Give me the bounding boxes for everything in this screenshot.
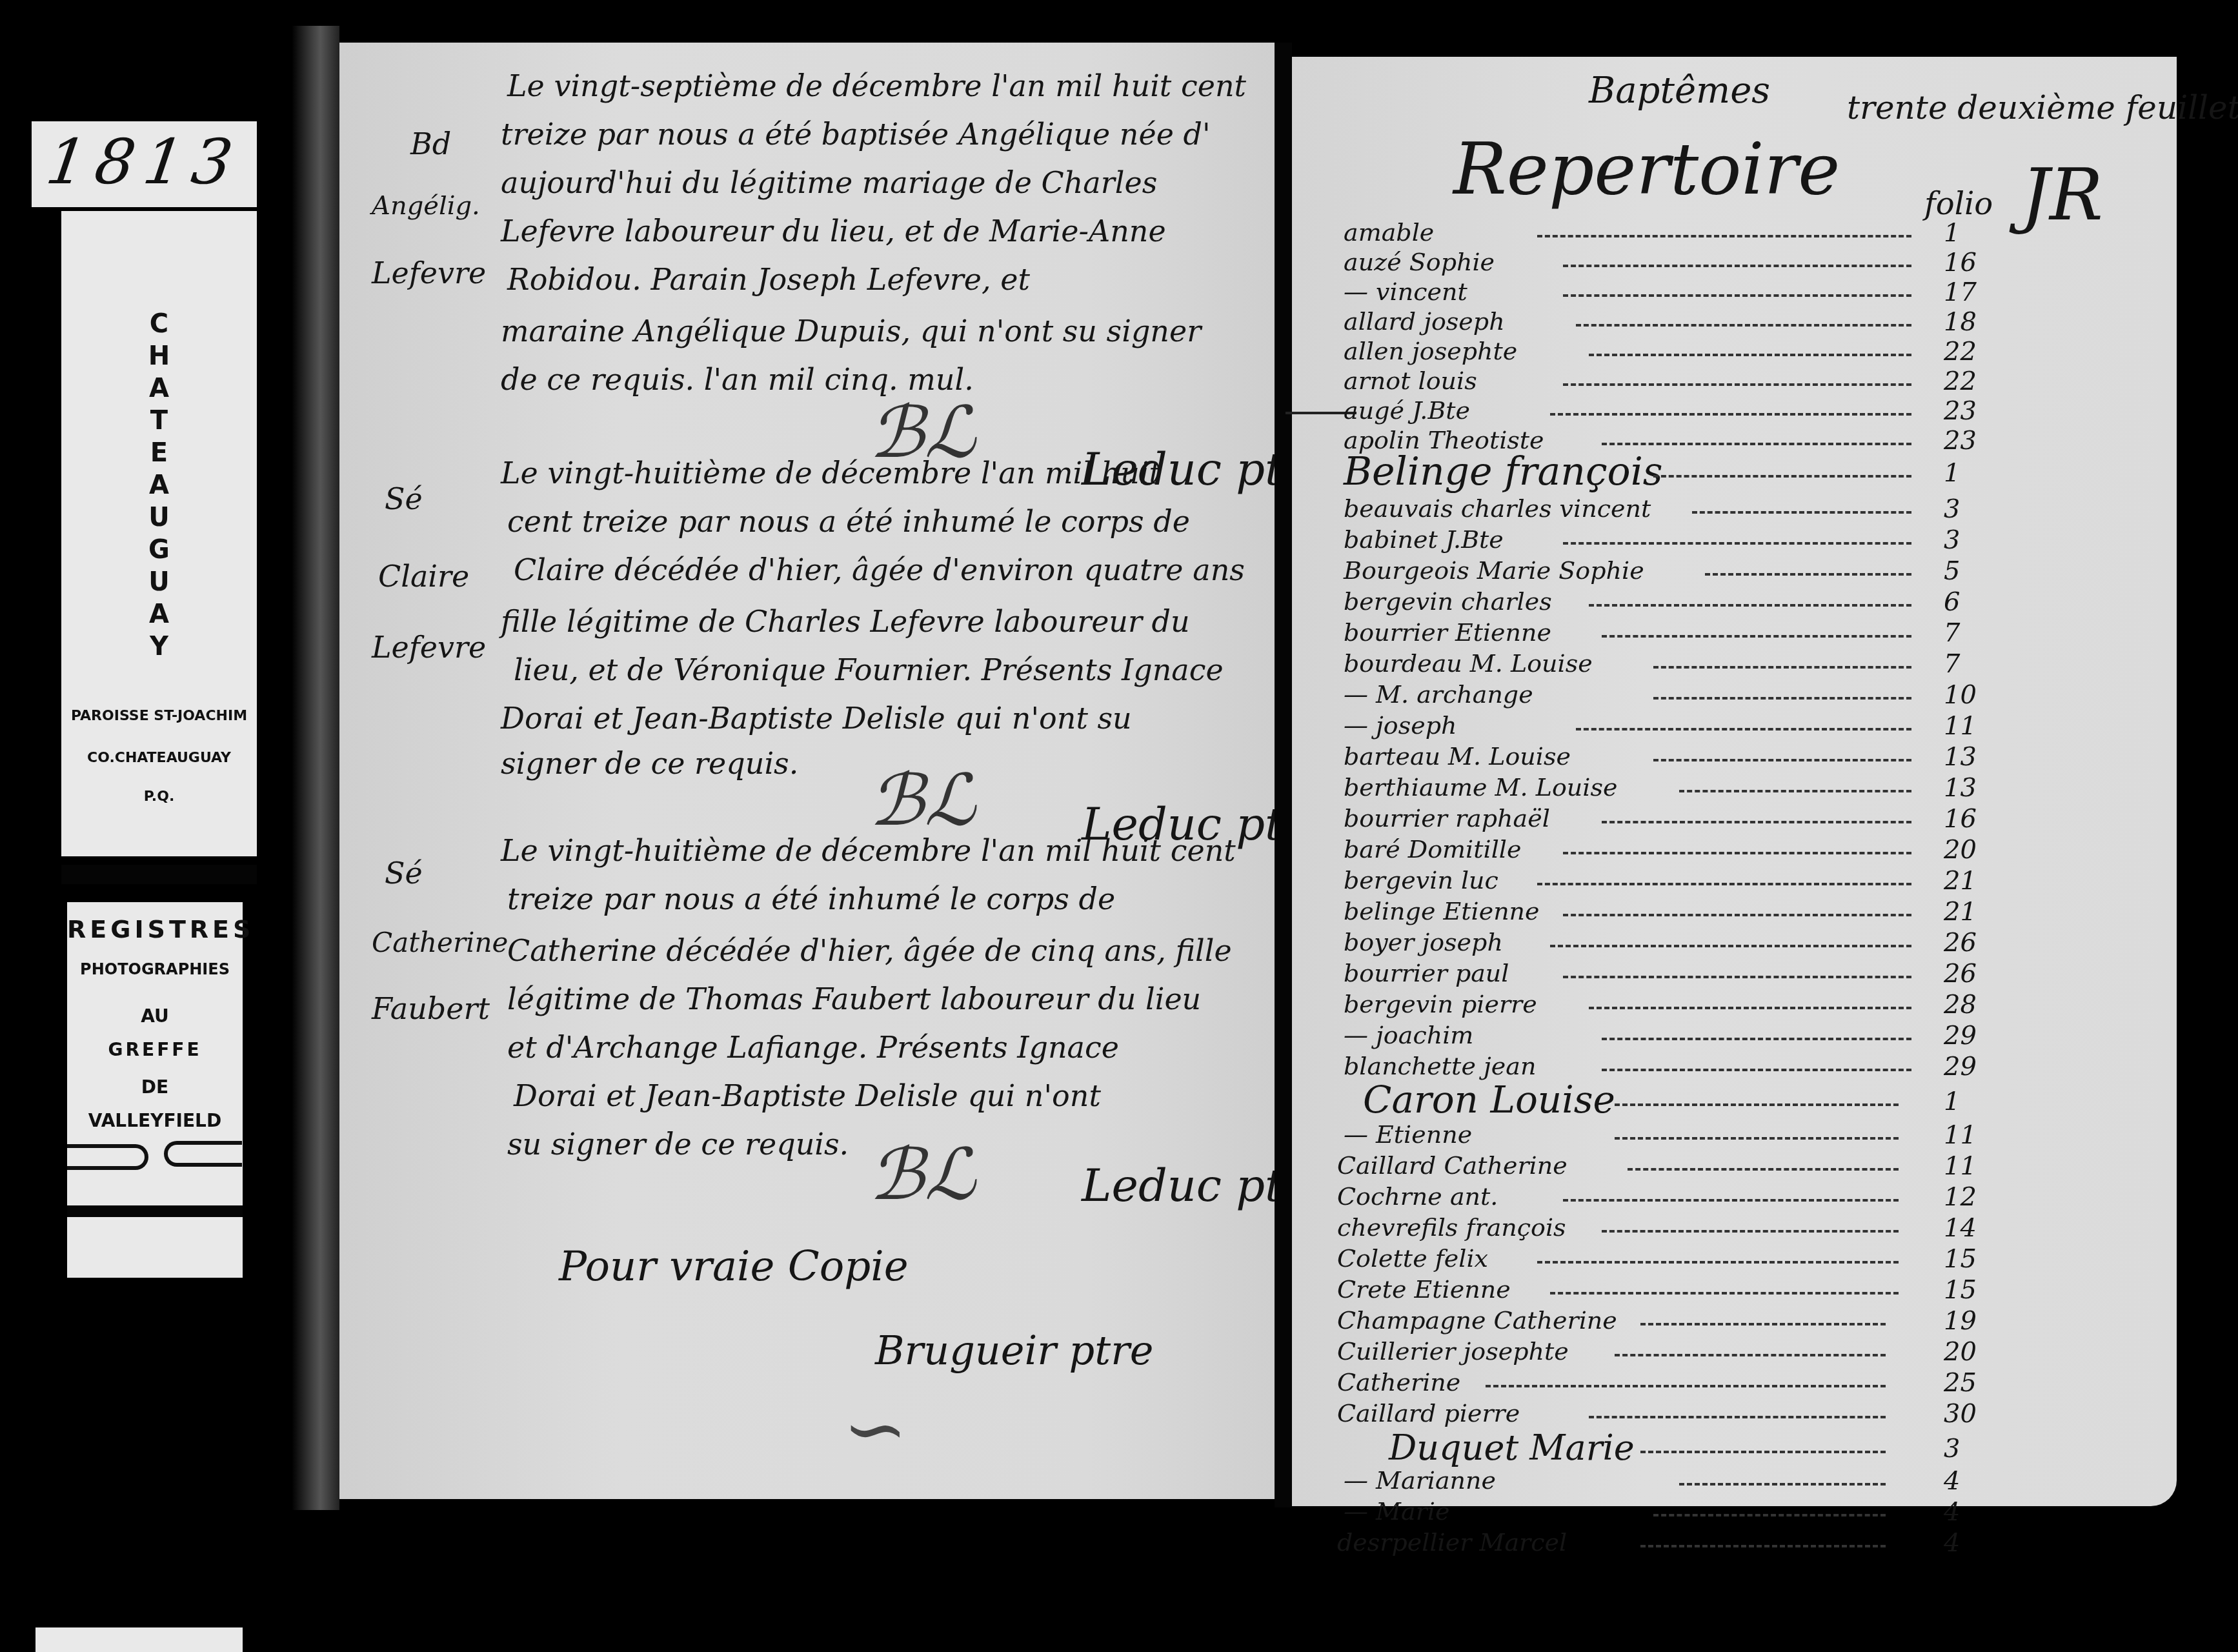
index-name: bergevin charles [1344,587,1552,616]
index-folio: 6 [1944,587,1960,617]
index-row: — Etienne11 [1292,1120,2177,1151]
index-row: bergevin pierre28 [1292,990,2177,1021]
index-folio: 3 [1944,1434,1960,1464]
certifier-signature: Brugueir ptre [875,1327,1154,1374]
leader-dashes [1589,604,1911,607]
entry-line: aujourd'hui du légitime mariage de Charl… [501,165,1157,200]
margin-note: Lefevre [372,630,486,665]
index-folio: 25 [1944,1368,1977,1398]
leader-dashes [1602,1069,1911,1071]
parish-strip: C H A T E A U G U A Y PAROISSE ST-JOACHI… [61,211,257,856]
index-folio: 20 [1944,835,1977,865]
margin-note: Bd [410,126,451,161]
folio-column-header: folio [1924,186,1993,222]
index-folio: 23 [1944,396,1977,426]
year-label: 1813 [42,126,246,198]
index-name: — joseph [1344,711,1457,740]
index-row: — M. archange10 [1292,680,2177,711]
index-folio: 15 [1944,1244,1977,1274]
strip-divider [61,865,257,884]
index-name: bourrier paul [1344,959,1509,987]
index-folio: 4 [1944,1466,1960,1496]
leader-dashes [1486,1385,1886,1387]
index-row: barteau M. Louise13 [1292,742,2177,773]
leader-dashes [1602,443,1911,445]
folio-note: trente deuxième feuillet [1847,89,2238,126]
leader-dashes [1550,413,1911,416]
parish-letter: T [150,405,168,437]
margin-note: Claire [378,559,469,594]
index-name: bergevin luc [1344,866,1498,894]
section-heading: Baptêmes [1589,70,1770,112]
leader-dashes [1653,1514,1886,1516]
entry-line: treize par nous a été inhumé le corps de [507,881,1115,916]
index-folio: 15 [1944,1275,1977,1305]
index-name: belinge Etienne [1344,897,1540,925]
index-folio: 18 [1944,307,1977,337]
index-folio: 26 [1944,928,1977,958]
parish-letter: A [149,598,169,630]
index-folio: 16 [1944,804,1977,834]
book-edge [292,26,339,1510]
index-name: — Marianne [1344,1466,1496,1495]
index-folio: 26 [1944,959,1977,989]
certification-text: Pour vraie Copie [559,1243,909,1291]
index-row: beauvais charles vincent3 [1292,494,2177,525]
registry-line: VALLEYFIELD [67,1110,243,1131]
parish-letter: H [148,340,170,372]
leader-dashes [1653,759,1911,761]
index-folio: 21 [1944,897,1977,927]
registry-line: GREFFE [67,1039,243,1060]
margin-note: Angélig. [372,191,480,221]
entry-line: Robidou. Parain Joseph Lefevre, et [507,262,1030,297]
index-name: barteau M. Louise [1344,742,1571,771]
index-name: Cuillerier josephte [1337,1337,1569,1365]
index-folio: 22 [1944,367,1977,396]
index-row: belinge Etienne21 [1292,897,2177,928]
leader-dashes [1563,265,1911,267]
index-folio: 7 [1944,618,1960,648]
entry-line: lieu, et de Véronique Fournier. Présents… [514,652,1224,687]
leader-dashes [1550,945,1911,947]
parish-letter: U [148,501,169,534]
leader-dashes [1563,1199,1899,1202]
index-folio: 13 [1944,773,1977,803]
index-row: — Marie4 [1292,1497,2177,1528]
margin-note: Catherine [372,927,508,958]
index-row: Champagne Catherine19 [1292,1306,2177,1337]
index-row: berthiaume M. Louise13 [1292,773,2177,804]
index-row: arnot louis22 [1292,367,2177,398]
index-name: Catherine [1337,1368,1460,1396]
index-folio: 11 [1944,1151,1977,1181]
entry-line: maraine Angélique Dupuis, qui n'ont su s… [501,314,1201,348]
index-name: Caron Louise [1363,1078,1615,1122]
index-row: allard joseph18 [1292,307,2177,338]
leader-dashes [1563,852,1911,854]
index-name: bourrier raphaël [1344,804,1550,832]
leader-dashes [1576,728,1911,730]
leader-dashes [1537,883,1911,885]
index-name: amable [1344,218,1434,247]
entry-line: cent treize par nous a été inhumé le cor… [507,504,1190,539]
index-name: Belinge françois [1344,449,1663,494]
index-row: desrpellier Marcel4 [1292,1528,2177,1559]
index-row: Bourgeois Marie Sophie5 [1292,556,2177,587]
index-folio: 1 [1944,218,1960,248]
index-row: Caron Louise1 [1292,1087,2177,1118]
leader-dashes [1615,1137,1899,1140]
leader-dashes [1615,1354,1886,1356]
leader-dashes [1563,542,1911,545]
index-row: bourrier raphaël16 [1292,804,2177,835]
index-folio: 1 [1944,1087,1960,1116]
index-name: desrpellier Marcel [1337,1528,1567,1556]
index-folio: 4 [1944,1528,1960,1558]
index-row: — joachim29 [1292,1021,2177,1052]
margin-note: Sé [385,481,423,516]
index-row: Cuillerier josephte20 [1292,1337,2177,1368]
entry-line: Le vingt-huitième de décembre l'an mil h… [501,833,1236,868]
county-line: CO.CHATEAUGUAY [61,750,257,766]
leader-dashes [1602,635,1911,638]
registry-card: REGISTRES PHOTOGRAPHIES AU GREFFE DE VAL… [67,902,243,1278]
index-name: arnot louis [1344,367,1477,395]
index-name: Caillard pierre [1337,1399,1520,1427]
index-row: bourdeau M. Louise7 [1292,649,2177,680]
leader-dashes [1550,1292,1899,1294]
index-folio: 3 [1944,494,1960,524]
index-folio: 28 [1944,990,1977,1020]
entry-line: et d'Archange Lafiange. Présents Ignace [507,1030,1119,1065]
leader-dashes [1537,1261,1899,1264]
parish-letter: C [150,308,168,340]
index-row: Colette felix15 [1292,1244,2177,1275]
index-name: berthiaume M. Louise [1344,773,1617,801]
index-name: allard joseph [1344,307,1505,336]
index-name: bourrier Etienne [1344,618,1551,647]
parish-letter: A [149,372,169,405]
index-name: bourdeau M. Louise [1344,649,1593,678]
index-name: chevrefils françois [1337,1213,1566,1242]
leader-dashes [1563,914,1911,916]
index-name: — Etienne [1344,1120,1472,1149]
index-name: auzé Sophie [1344,248,1495,276]
leader-dashes [1705,573,1911,576]
index-row: babinet J.Bte3 [1292,525,2177,556]
leader-dashes [1563,976,1911,978]
index-name: boyer joseph [1344,928,1503,956]
index-row: boyer joseph26 [1292,928,2177,959]
index-name: Crete Etienne [1337,1275,1511,1304]
leader-dashes [1615,1103,1899,1106]
paperclip-icon [67,1144,148,1170]
index-row: Belinge françois1 [1292,458,2177,489]
leader-dashes [1576,324,1911,327]
registry-line: REGISTRES [67,915,243,943]
parish-letter: E [150,437,168,469]
province-line: P.Q. [61,789,257,805]
index-folio: 11 [1944,1120,1977,1150]
index-name: babinet J.Bte [1344,525,1504,554]
registry-line: AU [67,1005,243,1027]
index-folio: 29 [1944,1052,1977,1082]
index-name: allen josephte [1344,337,1517,365]
index-name: — M. archange [1344,680,1533,709]
index-row: bourrier paul26 [1292,959,2177,990]
index-row: Cochrne ant.12 [1292,1182,2177,1213]
index-folio: 7 [1944,649,1960,679]
entry-line: Dorai et Jean-Baptiste Delisle qui n'ont… [501,701,1132,736]
index-folio: 30 [1944,1399,1977,1429]
index-row: Catherine25 [1292,1368,2177,1399]
index-row: chevrefils françois14 [1292,1213,2177,1244]
entry-line: treize par nous a été baptisée Angélique… [501,117,1211,152]
index-folio: 22 [1944,337,1977,367]
index-name: — vincent [1344,277,1467,306]
index-folio: 19 [1944,1306,1977,1336]
index-name: bergevin pierre [1344,990,1537,1018]
index-row: bergevin luc21 [1292,866,2177,897]
leader-dashes [1640,1451,1886,1453]
index-row: allen josephte22 [1292,337,2177,368]
parish-letter: U [148,566,169,598]
leader-dashes [1602,1230,1899,1233]
signature-flourish: ℬℒ [869,1133,976,1216]
index-folio: 1 [1944,458,1960,488]
index-row: Caillard Catherine11 [1292,1151,2177,1182]
index-folio: 13 [1944,742,1977,772]
leader-dashes [1563,383,1911,386]
entry-line: Claire décédée d'hier, âgée d'environ qu… [514,552,1245,587]
index-folio: 14 [1944,1213,1977,1243]
index-folio: 4 [1944,1497,1960,1527]
parish-name-vertical: C H A T E A U G U A Y [61,308,257,663]
index-row: amable1 [1292,218,2177,249]
index-name: blanchette jean [1344,1052,1536,1080]
registry-line: DE [67,1076,243,1098]
leader-dashes [1679,790,1911,792]
margin-note: Lefevre [372,256,486,290]
leader-dashes [1602,821,1911,823]
index-row: bergevin charles6 [1292,587,2177,618]
index-name: beauvais charles vincent [1344,494,1651,523]
leader-dashes [1537,235,1911,237]
index-folio: 29 [1944,1021,1977,1051]
index-folio: 5 [1944,556,1960,586]
index-name: augé J.Bte [1344,396,1470,425]
index-folio: 21 [1944,866,1977,896]
index-folio: 16 [1944,248,1977,277]
index-folio: 12 [1944,1182,1977,1212]
signature-flourish: ∽ [843,1385,908,1475]
leader-dashes [1589,354,1911,356]
parish-line: PAROISSE ST-JOACHIM [61,708,257,724]
index-name: — joachim [1344,1021,1473,1049]
index-row: — joseph11 [1292,711,2177,742]
entry-line: signer de ce requis. [501,746,798,781]
index-name: Cochrne ant. [1337,1182,1498,1211]
index-name: Champagne Catherine [1337,1306,1617,1335]
entry-line: Catherine décédée d'hier, âgée de cinq a… [507,933,1232,968]
parish-letter: G [148,534,170,566]
registry-line: PHOTOGRAPHIES [67,960,243,978]
index-folio: 10 [1944,680,1977,710]
page-title: Repertoire [1453,128,1840,210]
index-name: Duquet Marie [1389,1427,1635,1468]
leader-dashes [1563,294,1911,297]
leader-dashes [1602,1038,1911,1040]
index-row: augé J.Bte23 [1292,396,2177,427]
index-name: baré Domitille [1344,835,1521,863]
index-row: — vincent17 [1292,277,2177,308]
index-row: Crete Etienne15 [1292,1275,2177,1306]
year-label-card: 1813 [32,121,257,207]
entry-line: fille légitime de Charles Lefevre labour… [501,604,1190,639]
index-list: amable1 auzé Sophie16 — vincent17 allard… [1292,218,2177,1502]
card-band [67,1205,243,1217]
index-folio: 23 [1944,426,1977,456]
entry-line: Dorai et Jean-Baptiste Delisle qui n'ont [514,1078,1101,1113]
leader-dashes [1653,475,1911,478]
index-row: baré Domitille20 [1292,835,2177,866]
right-page: Baptêmes trente deuxième feuillet Repert… [1292,57,2177,1506]
entry-line: su signer de ce requis. [507,1127,849,1162]
index-row: — Marianne4 [1292,1466,2177,1497]
leader-dashes [1628,1168,1899,1171]
entry-line: Lefevre laboureur du lieu, et de Marie-A… [501,214,1166,248]
parish-letter: A [149,469,169,501]
index-row: bourrier Etienne7 [1292,618,2177,649]
index-row: Caillard pierre30 [1292,1399,2177,1430]
paperclip-icon [164,1141,242,1167]
bottom-card-edge [35,1627,243,1652]
leader-dashes [1692,511,1911,514]
leader-dashes [1640,1323,1886,1325]
index-folio: 17 [1944,277,1977,307]
leader-dashes [1589,1416,1886,1418]
index-row: auzé Sophie16 [1292,248,2177,279]
index-name: Colette felix [1337,1244,1488,1273]
index-name: Caillard Catherine [1337,1151,1568,1180]
book-gutter [1275,43,1292,1507]
signature-flourish: ℬℒ [869,759,976,841]
index-name: Bourgeois Marie Sophie [1344,556,1644,585]
index-folio: 20 [1944,1337,1977,1367]
leader-dashes [1589,1007,1911,1009]
leader-dashes [1653,666,1911,669]
leader-dashes [1679,1483,1886,1486]
entry-line: légitime de Thomas Faubert laboureur du … [507,982,1201,1016]
index-row: Duquet Marie3 [1292,1434,2177,1465]
index-folio: 11 [1944,711,1977,741]
left-page: Bd Angélig. Lefevre Le vingt-septième de… [339,43,1275,1499]
entry-line: Le vingt-septième de décembre l'an mil h… [507,68,1246,103]
leader-dashes [1640,1545,1886,1547]
index-folio: 3 [1944,525,1960,555]
margin-note: Faubert [372,991,490,1026]
leader-dashes [1653,697,1911,700]
parish-letter: Y [150,630,168,663]
entry-line: Le vingt-huitième de décembre l'an mil h… [501,456,1161,490]
margin-note: Sé [385,856,423,891]
index-name: — Marie [1344,1497,1449,1526]
